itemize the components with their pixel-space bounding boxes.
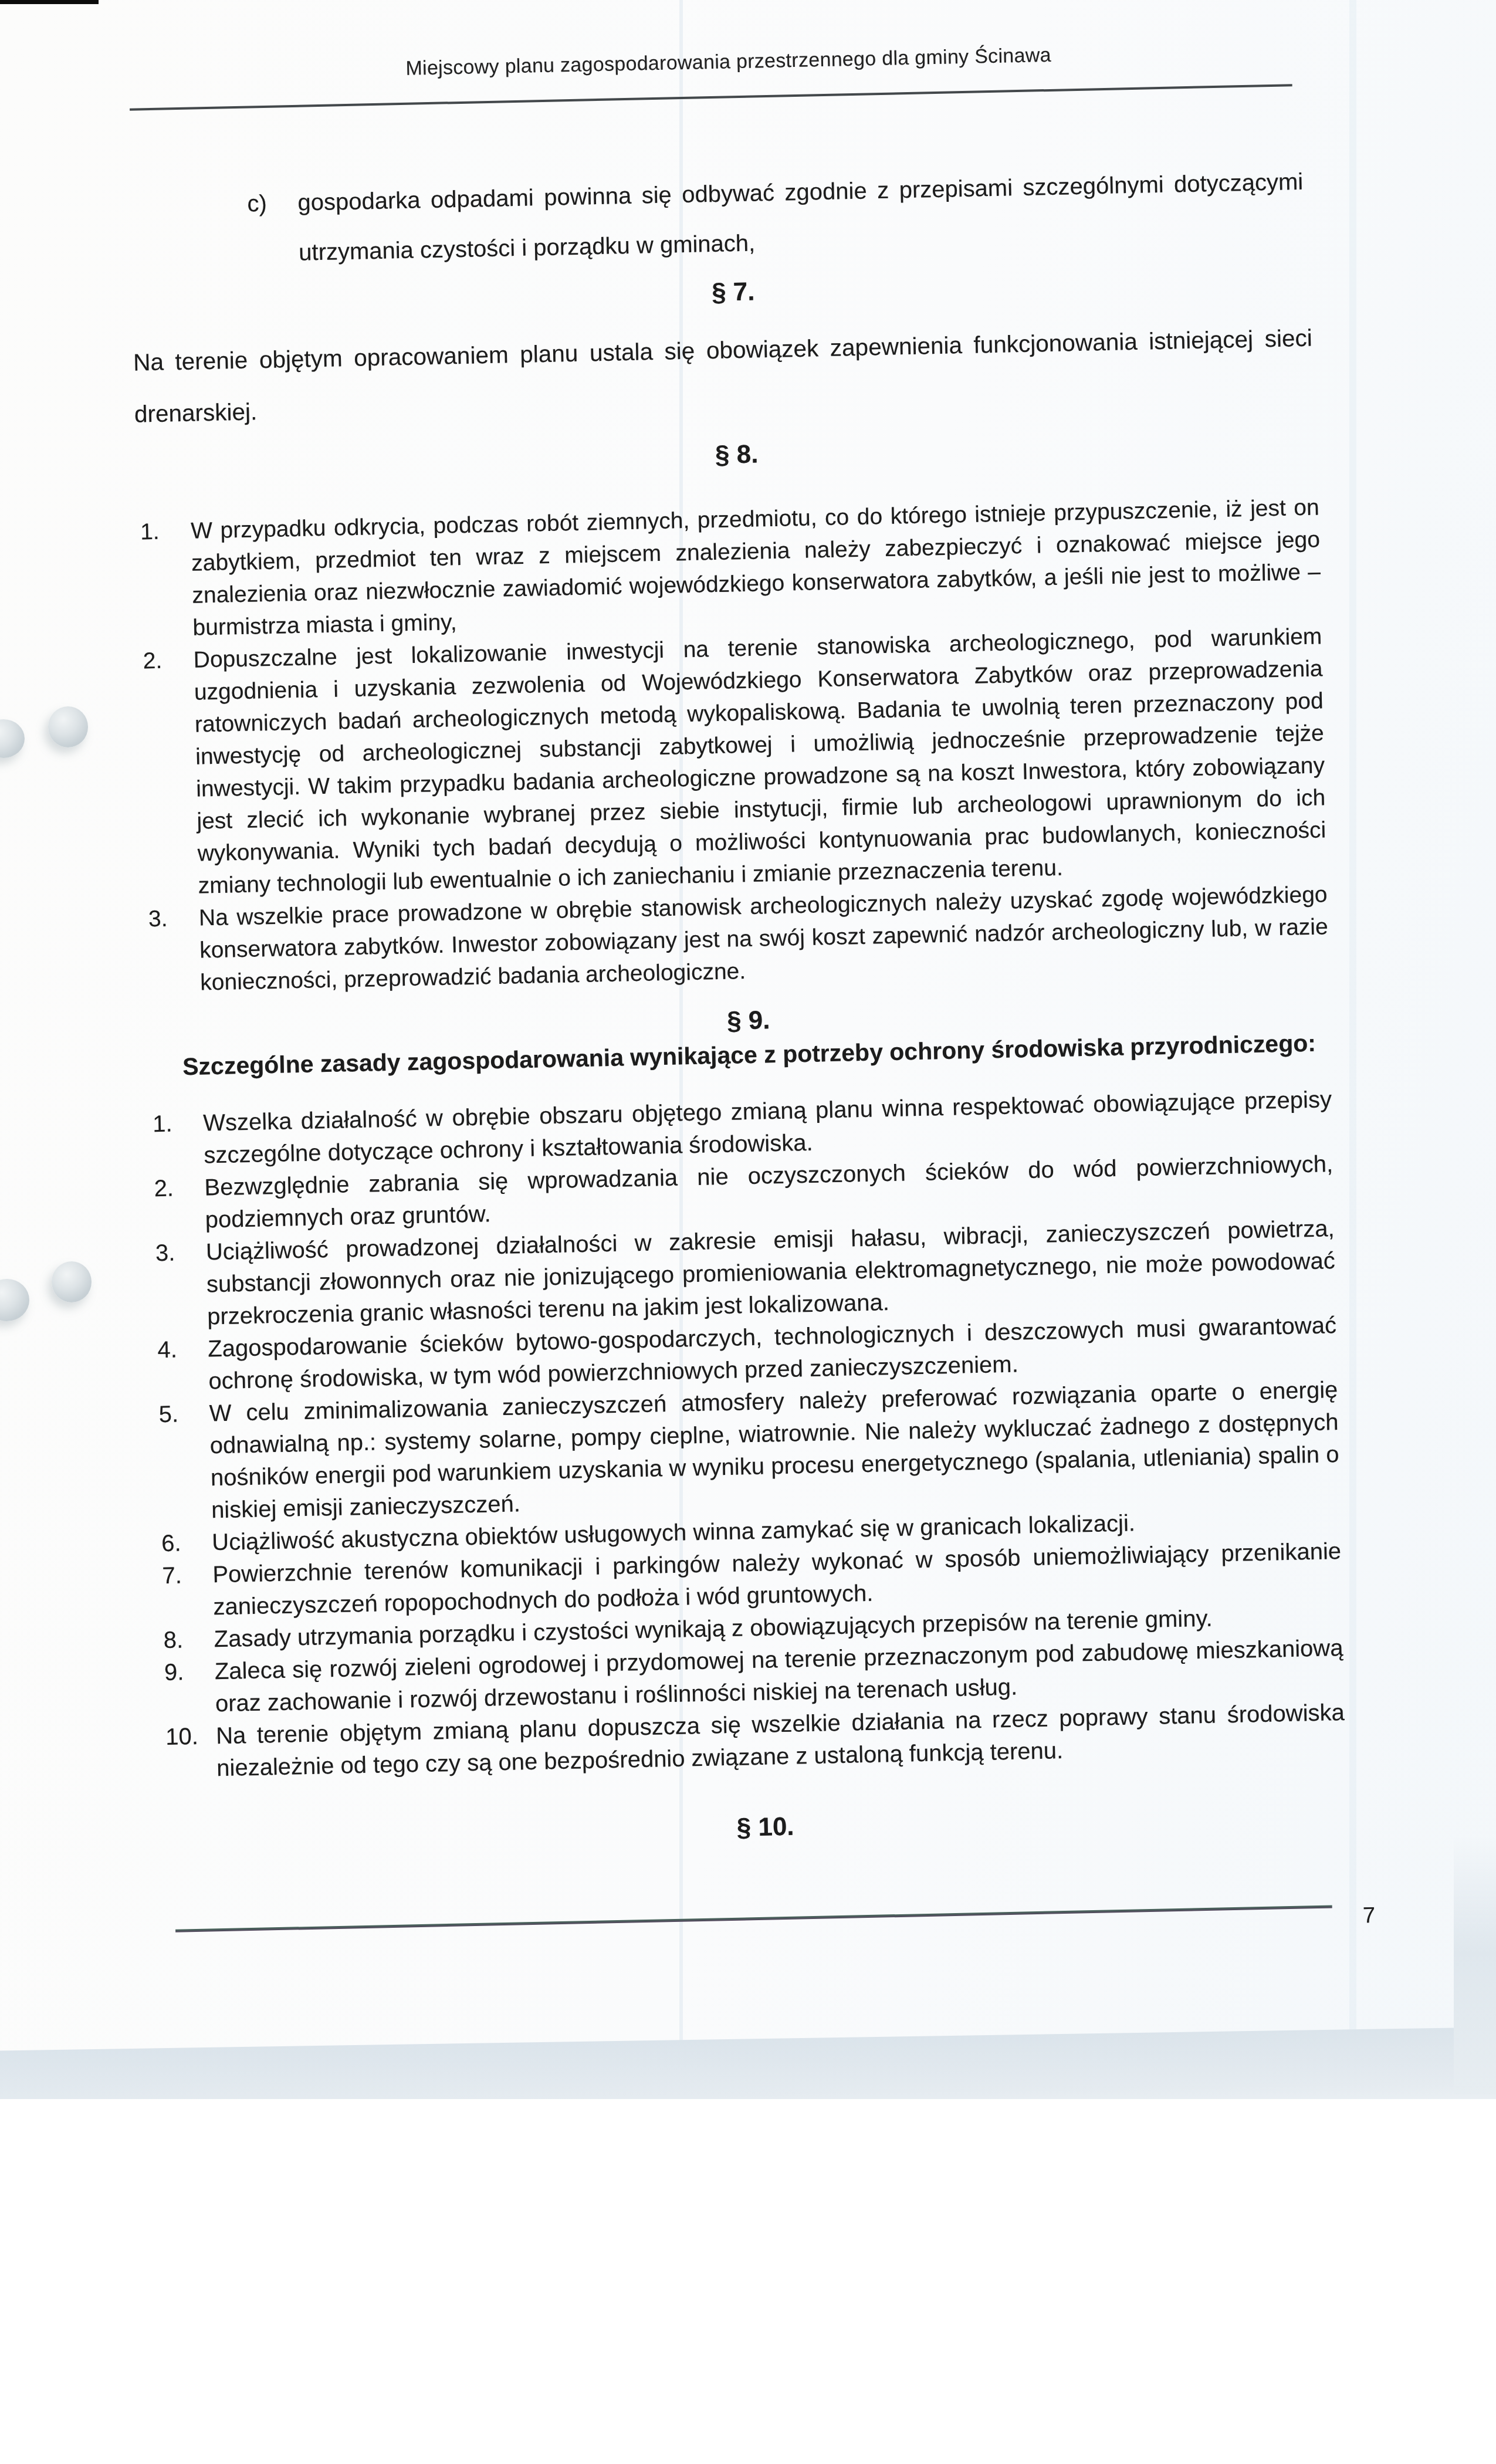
page-number: 7	[1363, 1903, 1376, 1928]
scan-area: Miejscowy planu zagospodarowania przestr…	[0, 0, 1496, 2099]
list-item: 1. W przypadku odkrycia, podczas robót z…	[140, 491, 1322, 645]
subitem-c-text: gospodarka odpadami powinna się odbywać …	[297, 157, 1305, 278]
item-number: 3.	[155, 1236, 207, 1334]
item-number: 6.	[161, 1527, 212, 1560]
section-10-marker: § 10.	[17, 1795, 1496, 1859]
item-text: W przypadku odkrycia, podczas robót ziem…	[191, 491, 1322, 644]
list-item: 2. Dopuszczalne jest lokalizowanie inwes…	[143, 620, 1327, 903]
scan-edge-artifact	[0, 0, 99, 4]
item-number: 2.	[143, 644, 198, 903]
item-number: 10.	[165, 1720, 217, 1786]
footer-rule	[175, 1905, 1332, 1932]
item-number: 3.	[148, 902, 200, 1000]
section-7-paragraph: Na terenie objętym opracowaniem planu us…	[133, 312, 1314, 440]
running-header: Miejscowy planu zagospodarowania przestr…	[0, 35, 1477, 89]
section-8-list: 1. W przypadku odkrycia, podczas robót z…	[140, 491, 1329, 1000]
item-number: 5.	[158, 1397, 212, 1528]
item-number: 1.	[140, 515, 194, 645]
header-rule	[130, 84, 1292, 111]
list-item: 5. W celu zminimalizowania zanieczyszcze…	[158, 1374, 1340, 1528]
item-number: 2.	[154, 1172, 205, 1237]
subitem-c-label: c)	[247, 178, 300, 279]
item-number: 9.	[164, 1656, 215, 1721]
page-content: Miejscowy planu zagospodarowania przestr…	[0, 0, 1496, 2099]
subitem-c: c) gospodarka odpadami powinna się odbyw…	[247, 157, 1305, 279]
item-number: 8.	[163, 1623, 214, 1657]
item-number: 7.	[162, 1559, 214, 1624]
item-number: 4.	[157, 1333, 209, 1399]
scanned-document-page: Miejscowy planu zagospodarowania przestr…	[0, 0, 1496, 2464]
item-text: W celu zminimalizowania zanieczyszczeń a…	[209, 1374, 1340, 1527]
section-9-list: 1. Wszelka działalność w obrębie obszaru…	[153, 1084, 1346, 1786]
item-text: Dopuszczalne jest lokalizowanie inwestyc…	[193, 620, 1327, 902]
item-number: 1.	[153, 1108, 204, 1173]
